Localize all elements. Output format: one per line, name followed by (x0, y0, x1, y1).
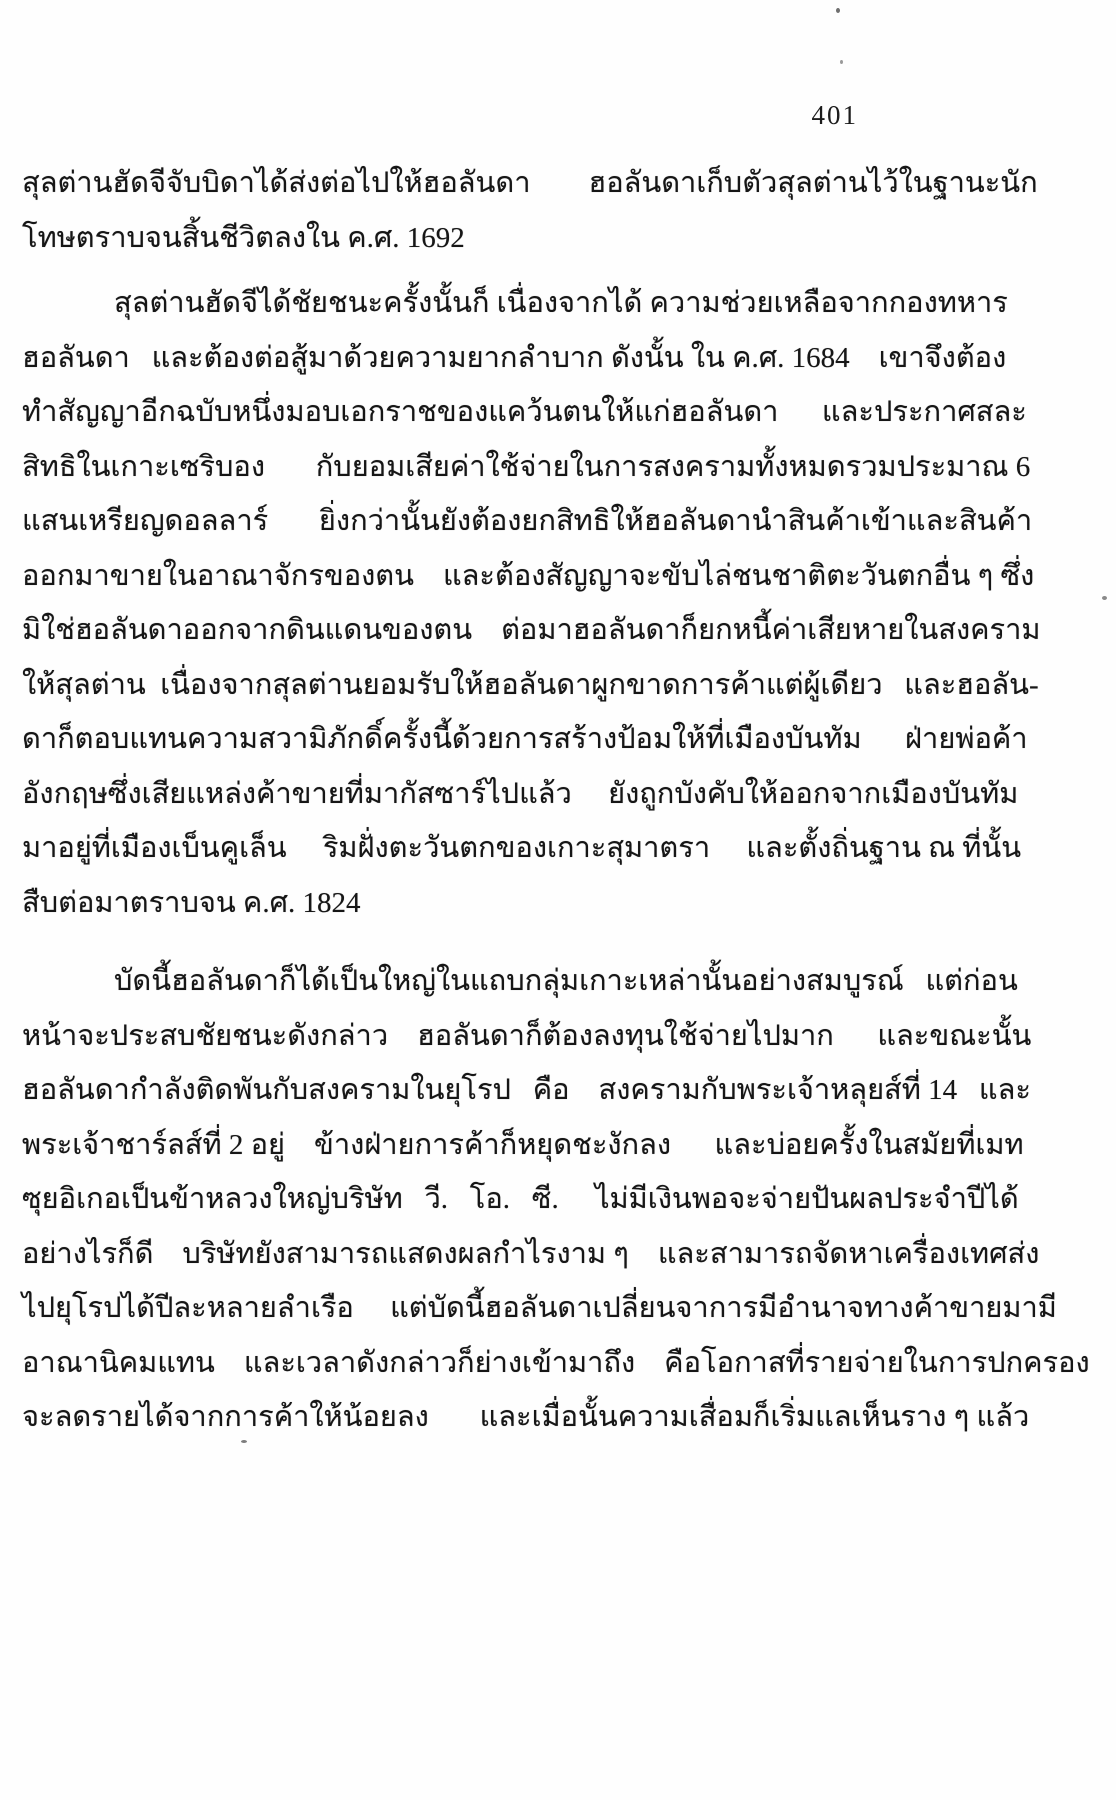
text-line: สุลต่านฮัดจีได้ชัยชนะครั้งนั้นก็ เนื่องจ… (22, 276, 1098, 331)
text-line: อังกฤษซึ่งเสียแหล่งค้าขายที่มากัสซาร์ไปแ… (22, 767, 1098, 822)
text-line: ทำสัญญาอีกฉบับหนึ่งมอบเอกราชของแคว้นตนให… (22, 385, 1098, 440)
text-line: ซุยอิเกอเป็นข้าหลวงใหญ่บริษัท วี. โอ. ซี… (22, 1172, 1098, 1227)
text-line: สิทธิในเกาะเซริบอง กับยอมเสียค่าใช้จ่ายใ… (22, 440, 1098, 495)
paragraph-1: สุลต่านฮัดจีจับบิดาได้ส่งต่อไปให้ฮอลันดา… (22, 156, 1098, 265)
text-line: มาอยู่ที่เมืองเบ็นคูเล็น ริมฝั่งตะวันตกข… (22, 821, 1098, 876)
text-line: หน้าจะประสบชัยชนะดังกล่าว ฮอลันดาก็ต้องล… (22, 1009, 1098, 1064)
text-line: บัดนี้ฮอลันดาก็ได้เป็นใหญ่ในแถบกลุ่มเกาะ… (22, 954, 1098, 1009)
text-line: อย่างไรก็ดี บริษัทยังสามารถแสดงผลกำไรงาม… (22, 1227, 1098, 1282)
text-line: จะลดรายได้จากการค้าให้น้อยลง และเมื่อนั้… (22, 1390, 1098, 1445)
text-line: สืบต่อมาตราบจน ค.ศ. 1824 (22, 876, 1098, 931)
paragraph-3: บัดนี้ฮอลันดาก็ได้เป็นใหญ่ในแถบกลุ่มเกาะ… (22, 954, 1098, 1445)
text-line: ฮอลันดา และต้องต่อสู้มาด้วยความยากลำบาก … (22, 331, 1098, 386)
text-line: ออกมาขายในอาณาจักรของตน และต้องสัญญาจะขั… (22, 549, 1098, 604)
document-page: 401 สุลต่านฮัดจีจับบิดาได้ส่งต่อไปให้ฮอล… (0, 0, 1116, 1800)
text-line: โทษตราบจนสิ้นชีวิตลงใน ค.ศ. 1692 (22, 211, 1098, 266)
text-line: ให้สุลต่าน เนื่องจากสุลต่านยอมรับให้ฮอลั… (22, 658, 1098, 713)
scan-speck (840, 60, 843, 64)
scan-speck (241, 1440, 247, 1443)
text-line: แสนเหรียญดอลลาร์ ยิ่งกว่านั้นยังต้องยกสิ… (22, 494, 1098, 549)
page-content: สุลต่านฮัดจีจับบิดาได้ส่งต่อไปให้ฮอลันดา… (22, 156, 1098, 1445)
page-number: 401 (0, 100, 858, 131)
text-line: พระเจ้าชาร์ลส์ที่ 2 อยู่ ข้างฝ่ายการค้าก… (22, 1118, 1098, 1173)
scan-speck (1102, 596, 1107, 600)
scan-speck (836, 8, 840, 13)
text-line: อาณานิคมแทน และเวลาดังกล่าวก็ย่างเข้ามาถ… (22, 1336, 1098, 1391)
text-line: ไปยุโรปได้ปีละหลายลำเรือ แต่บัดนี้ฮอลันด… (22, 1281, 1098, 1336)
text-line: มิใช่ฮอลันดาออกจากดินแดนของตน ต่อมาฮอลัน… (22, 603, 1098, 658)
text-line: สุลต่านฮัดจีจับบิดาได้ส่งต่อไปให้ฮอลันดา… (22, 156, 1098, 211)
text-line: ดาก็ตอบแทนความสวามิภักดิ์ครั้งนี้ด้วยการ… (22, 712, 1098, 767)
text-line: ฮอลันดากำลังติดพันกับสงครามในยุโรป คือ ส… (22, 1063, 1098, 1118)
paragraph-2: สุลต่านฮัดจีได้ชัยชนะครั้งนั้นก็ เนื่องจ… (22, 276, 1098, 930)
